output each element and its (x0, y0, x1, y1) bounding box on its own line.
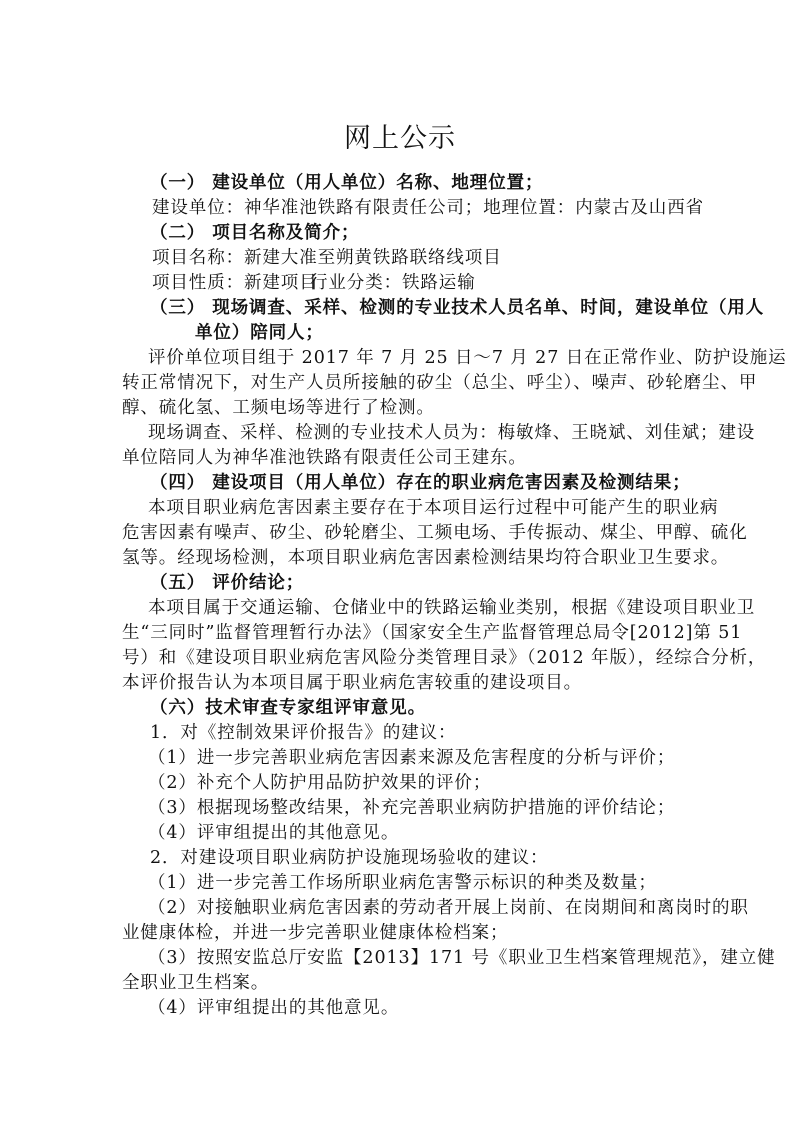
item-2-title: 2．对建设项目职业病防护设施现场验收的建议： (150, 846, 710, 871)
item-2-point: （3）按照安监总厅安监【2013】171 号《职业卫生档案管理规范》，建立健 (148, 946, 708, 971)
paragraph-line: 号）和《建设项目职业病危害风险分类管理目录》（2012 年版），经综合分析， (122, 646, 682, 671)
section-4-heading: （四） 建设项目（用人单位）存在的职业病危害因素及检测结果； (150, 471, 710, 496)
paragraph-line: 转正常情况下，对生产人员所接触的矽尘（总尘、呼尘）、噪声、砂轮磨尘、甲 (122, 371, 682, 396)
item-1-point: （1）进一步完善职业病危害因素来源及危害程度的分析与评价； (148, 746, 708, 771)
paragraph-line: 危害因素有噪声、矽尘、砂轮磨尘、工频电场、手传振动、煤尘、甲醇、硫化 (122, 521, 682, 546)
section-1-heading: （一） 建设单位（用人单位）名称、地理位置； (150, 171, 710, 196)
item-2-point: （4）评审组提出的其他意见。 (148, 996, 708, 1021)
paragraph-line: 单位陪同人为神华准池铁路有限责任公司王建东。 (122, 446, 682, 471)
item-2-point-cont: 全职业卫生档案。 (122, 971, 682, 996)
section-2-heading: （二） 项目名称及简介； (150, 221, 710, 246)
paragraph-line: 生“三同时”监督管理暂行办法》（国家安全生产监督管理总局令[2012]第 51 (122, 621, 682, 646)
paragraph-line: 评价单位项目组于 2017 年 7 月 25 日～7 月 27 日在正常作业、防… (148, 346, 680, 371)
section-3-heading: （三） 现场调查、采样、检测的专业技术人员名单、时间，建设单位（用人 (150, 296, 710, 321)
item-2-point: （1）进一步完善工作场所职业病危害警示标识的种类及数量； (148, 871, 708, 896)
section-3-heading-cont: 单位）陪同人； (195, 321, 755, 346)
paragraph-line: 本评价报告认为本项目属于职业病危害较重的建设项目。 (122, 671, 682, 696)
paragraph-line: 氢等。经现场检测，本项目职业病危害因素检测结果均符合职业卫生要求。 (122, 546, 682, 571)
item-1-point: （3）根据现场整改结果，补充完善职业病防护措施的评价结论； (148, 796, 708, 821)
page-title: 网上公示 (0, 116, 800, 155)
item-1-point: （2）补充个人防护用品防护效果的评价； (148, 771, 708, 796)
paragraph-line: 现场调查、采样、检测的专业技术人员为：梅敏烽、王晓斌、刘佳斌；建设 (148, 421, 708, 446)
project-name: 项目名称：新建大准至朔黄铁路联络线项目 (152, 246, 712, 271)
item-2-point: （2）对接触职业病危害因素的劳动者开展上岗前、在岗期间和离岗时的职 (148, 896, 708, 921)
section-6-heading: （六）技术审查专家组评审意见。 (150, 696, 710, 721)
item-1-title: 1．对《控制效果评价报告》的建议： (150, 721, 710, 746)
industry-category: 行业分类：铁路运输 (310, 271, 800, 296)
paragraph-line: 本项目职业病危害因素主要存在于本项目运行过程中可能产生的职业病 (148, 496, 708, 521)
item-1-point: （4）评审组提出的其他意见。 (148, 821, 708, 846)
paragraph-line: 醇、硫化氢、工频电场等进行了检测。 (122, 396, 682, 421)
section-1-body: 建设单位：神华准池铁路有限责任公司；地理位置：内蒙古及山西省 (152, 196, 712, 221)
document-page: 网上公示 （一） 建设单位（用人单位）名称、地理位置； 建设单位：神华准池铁路有… (0, 0, 800, 1131)
paragraph-line: 本项目属于交通运输、仓储业中的铁路运输业类别，根据《建设项目职业卫 (148, 596, 708, 621)
item-2-point-cont: 业健康体检，并进一步完善职业健康体检档案； (122, 921, 682, 946)
section-5-heading: （五） 评价结论； (150, 571, 710, 596)
